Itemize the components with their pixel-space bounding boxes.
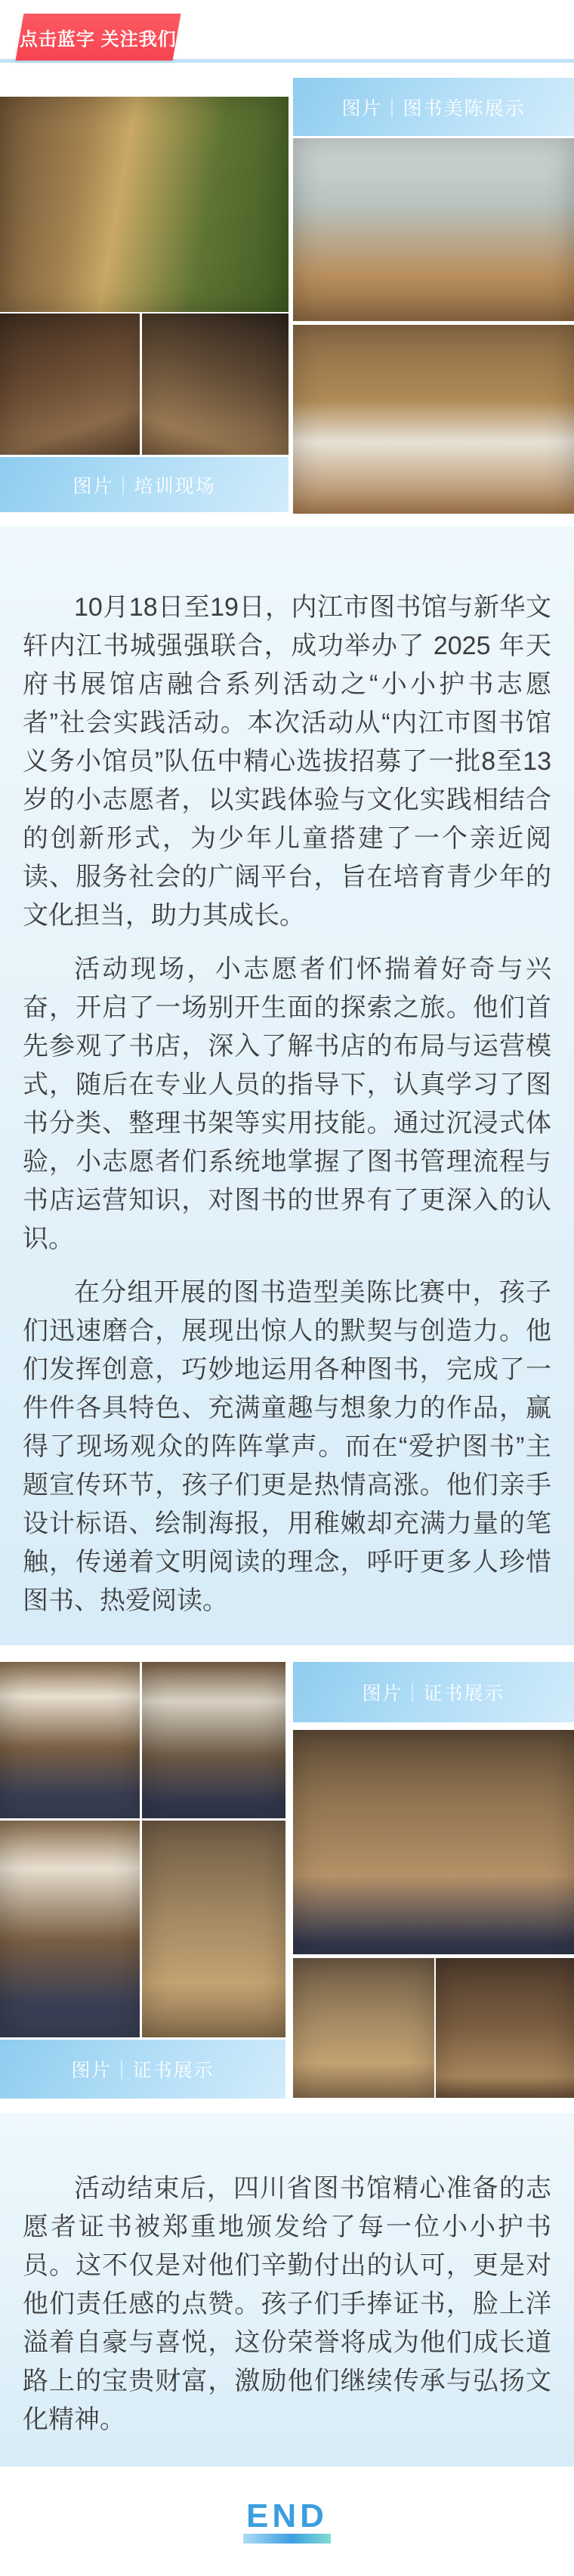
photo-bookstore-counter: [0, 97, 289, 312]
caption-training-site-label: 图片｜培训现场: [73, 471, 215, 499]
photo-girls-holding-books: [293, 138, 574, 321]
caption-book-display-label: 图片｜图书美陈展示: [341, 94, 525, 121]
paragraph-1: 10月18日至19日，内江市图书馆与新华文轩内江书城强强联合，成功举办了 202…: [23, 588, 551, 935]
follow-us-banner[interactable]: 点击蓝字 关注我们: [16, 14, 181, 60]
article-section-2: 活动结束后，四川省图书馆精心准备的志愿者证书被郑重地颁发给了每一位小小护书员。这…: [0, 2113, 574, 2466]
photo-display-shelf-tour: [436, 1958, 574, 2098]
photo-heart-book-display: [293, 325, 574, 514]
caption-certificate-right: 图片｜证书展示: [293, 1662, 574, 1722]
photo-bookstore-walkway: [142, 1821, 285, 2037]
article-section-1: 10月18日至19日，内江市图书馆与新华文轩内江书城强强联合，成功举办了 202…: [0, 527, 574, 1645]
collage-training: 图片｜培训现场 图片｜图书美陈展示: [0, 78, 574, 514]
end-underline-bar: [243, 2534, 331, 2544]
caption-certificate-right-label: 图片｜证书展示: [362, 1679, 505, 1706]
collage-certificates: 图片｜证书展示 图片｜证书展示: [0, 1662, 574, 2099]
photo-lineup-briefing: [293, 1958, 434, 2098]
article-page: { "banner": { "label": "点击蓝字 关注我们" }, "c…: [0, 0, 574, 2576]
photo-exhibit-visit: [0, 314, 140, 455]
caption-certificate-left: 图片｜证书展示: [0, 2040, 285, 2099]
photo-kids-posters-2: [0, 1821, 140, 2037]
photo-kids-certificates-group: [142, 1662, 285, 1818]
photo-bookshelf-aisle: [142, 314, 289, 455]
photo-certificate-award: [293, 1730, 574, 1954]
paragraph-4: 活动结束后，四川省图书馆精心准备的志愿者证书被郑重地颁发给了每一位小小护书员。这…: [23, 2170, 551, 2439]
end-label: END: [0, 2497, 574, 2535]
caption-certificate-left-label: 图片｜证书展示: [71, 2056, 214, 2083]
caption-training-site: 图片｜培训现场: [0, 457, 289, 512]
paragraph-2: 活动现场，小志愿者们怀揣着好奇与兴奋，开启了一场别开生面的探索之旅。他们首先参观…: [23, 950, 551, 1259]
follow-us-label: 点击蓝字 关注我们: [20, 24, 177, 51]
paragraph-3: 在分组开展的图书造型美陈比赛中，孩子们迅速磨合，展现出惊人的默契与创造力。他们发…: [23, 1274, 551, 1620]
caption-book-display: 图片｜图书美陈展示: [293, 78, 574, 136]
photo-kids-posters-1: [0, 1662, 140, 1818]
